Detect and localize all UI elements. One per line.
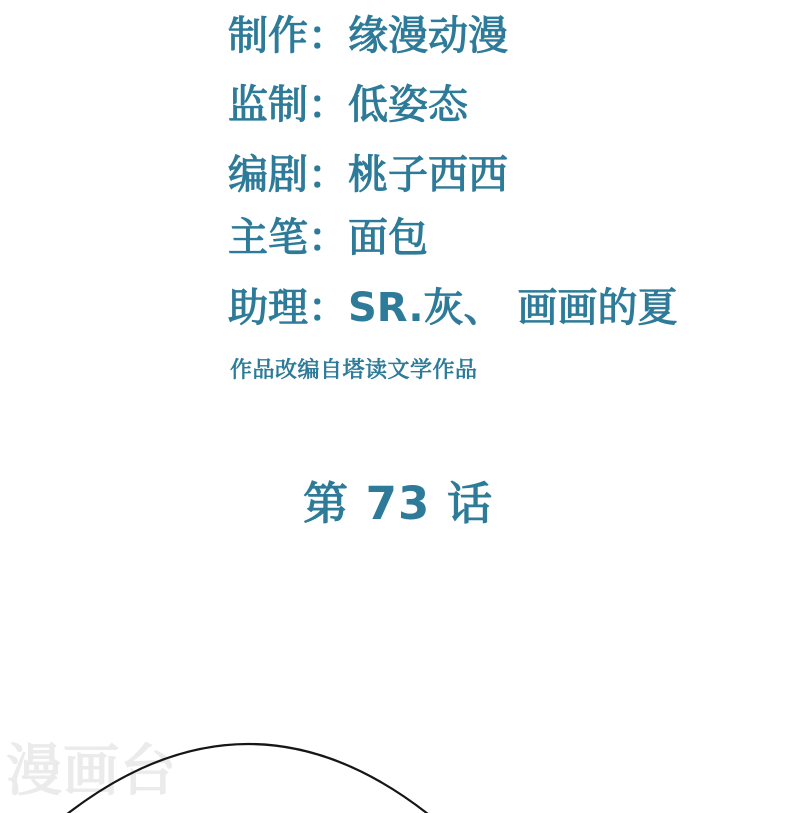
credit-line-supervisor: 监制：低姿态 xyxy=(228,85,468,125)
manhuatai-watermark: 漫画台 xyxy=(6,744,177,800)
chapter-title: 第 73 话 xyxy=(303,481,493,526)
adaptation-note: 作品改编自塔读文学作品 xyxy=(230,359,478,383)
comic-credits-page: 制作：缘漫动漫 监制：低姿态 编剧：桃子西西 主笔：面包 助理：SR.灰、 画画… xyxy=(0,0,800,813)
credit-line-assistants: 助理：SR.灰、 画画的夏 xyxy=(228,288,677,328)
credit-line-production: 制作：缘漫动漫 xyxy=(228,16,508,56)
credit-line-lead-artist: 主笔：面包 xyxy=(228,218,428,258)
credit-line-screenwriter: 编剧：桃子西西 xyxy=(228,155,508,195)
